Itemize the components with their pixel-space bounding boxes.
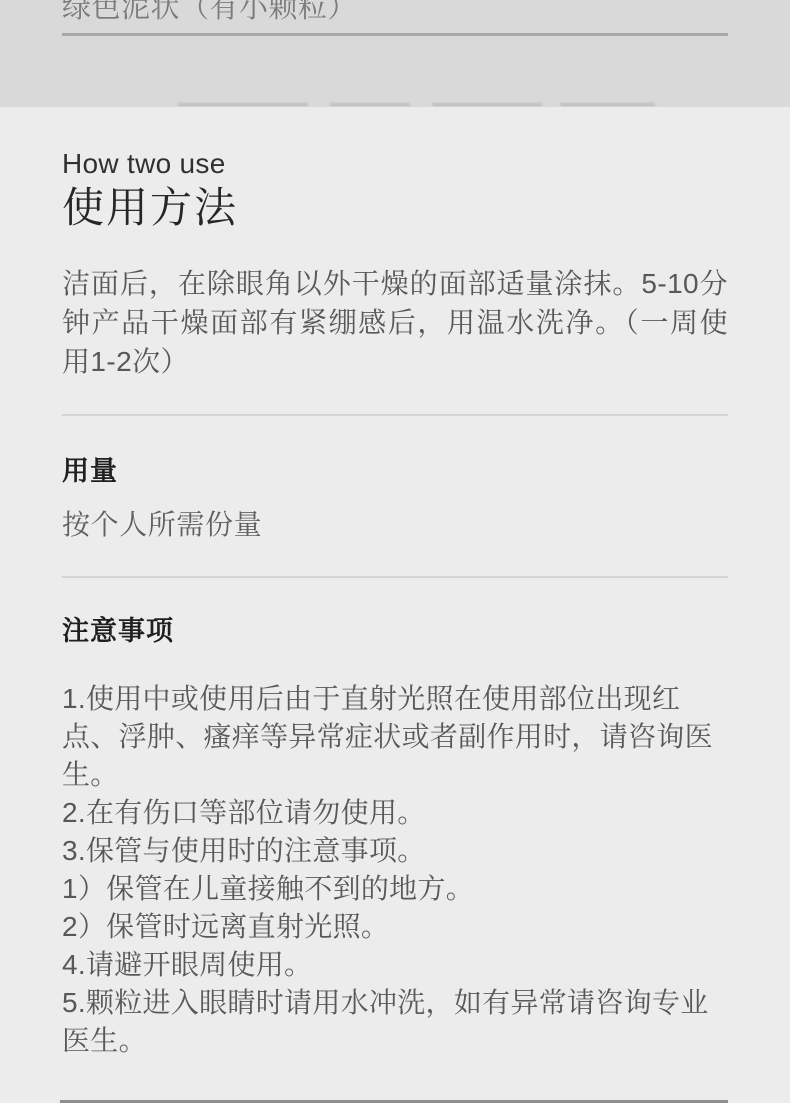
usage-content: How two use 使用方法 洁面后，在除眼角以外干燥的面部适量涂抹。5-1… <box>0 148 790 1103</box>
precaution-item: 1.使用中或使用后由于直射光照在使用部位出现红点、浮肿、瘙痒等异常症状或者副作用… <box>62 680 732 794</box>
product-detail-page: 绿色泥状（有小颗粒） How two use 使用方法 洁面后，在除眼角以外干燥… <box>0 0 790 1103</box>
precaution-item: 5.颗粒进入眼睛时请用水冲洗，如有异常请咨询专业医生。 <box>62 984 732 1060</box>
precaution-item: 4.请避开眼周使用。 <box>62 946 732 984</box>
usage-title-en: How two use <box>62 148 728 180</box>
precaution-item: 2）保管时远离直射光照。 <box>62 908 732 946</box>
precautions-heading: 注意事项 <box>62 615 728 647</box>
previous-section-fragment: 绿色泥状（有小颗粒） <box>0 0 790 107</box>
dosage-text: 按个人所需份量 <box>62 505 728 544</box>
cropped-text-artifact <box>178 103 308 106</box>
cropped-text-artifact <box>432 103 542 106</box>
usage-title-zh: 使用方法 <box>62 182 728 234</box>
dosage-heading: 用量 <box>62 455 728 487</box>
precaution-list: 1.使用中或使用后由于直射光照在使用部位出现红点、浮肿、瘙痒等异常症状或者副作用… <box>62 680 732 1060</box>
texture-description-text: 绿色泥状（有小颗粒） <box>62 0 357 25</box>
section-divider <box>62 576 728 578</box>
precaution-item: 1）保管在儿童接触不到的地方。 <box>62 870 732 908</box>
cropped-text-artifact <box>560 103 655 106</box>
section-divider <box>62 414 728 416</box>
precaution-item: 2.在有伤口等部位请勿使用。 <box>62 794 732 832</box>
usage-instructions-text: 洁面后，在除眼角以外干燥的面部适量涂抹。5-10分钟产品干燥面部有紧绷感后，用温… <box>62 264 728 381</box>
cropped-text-artifact <box>330 103 410 106</box>
section-divider <box>62 33 728 36</box>
precaution-item: 3.保管与使用时的注意事项。 <box>62 832 732 870</box>
